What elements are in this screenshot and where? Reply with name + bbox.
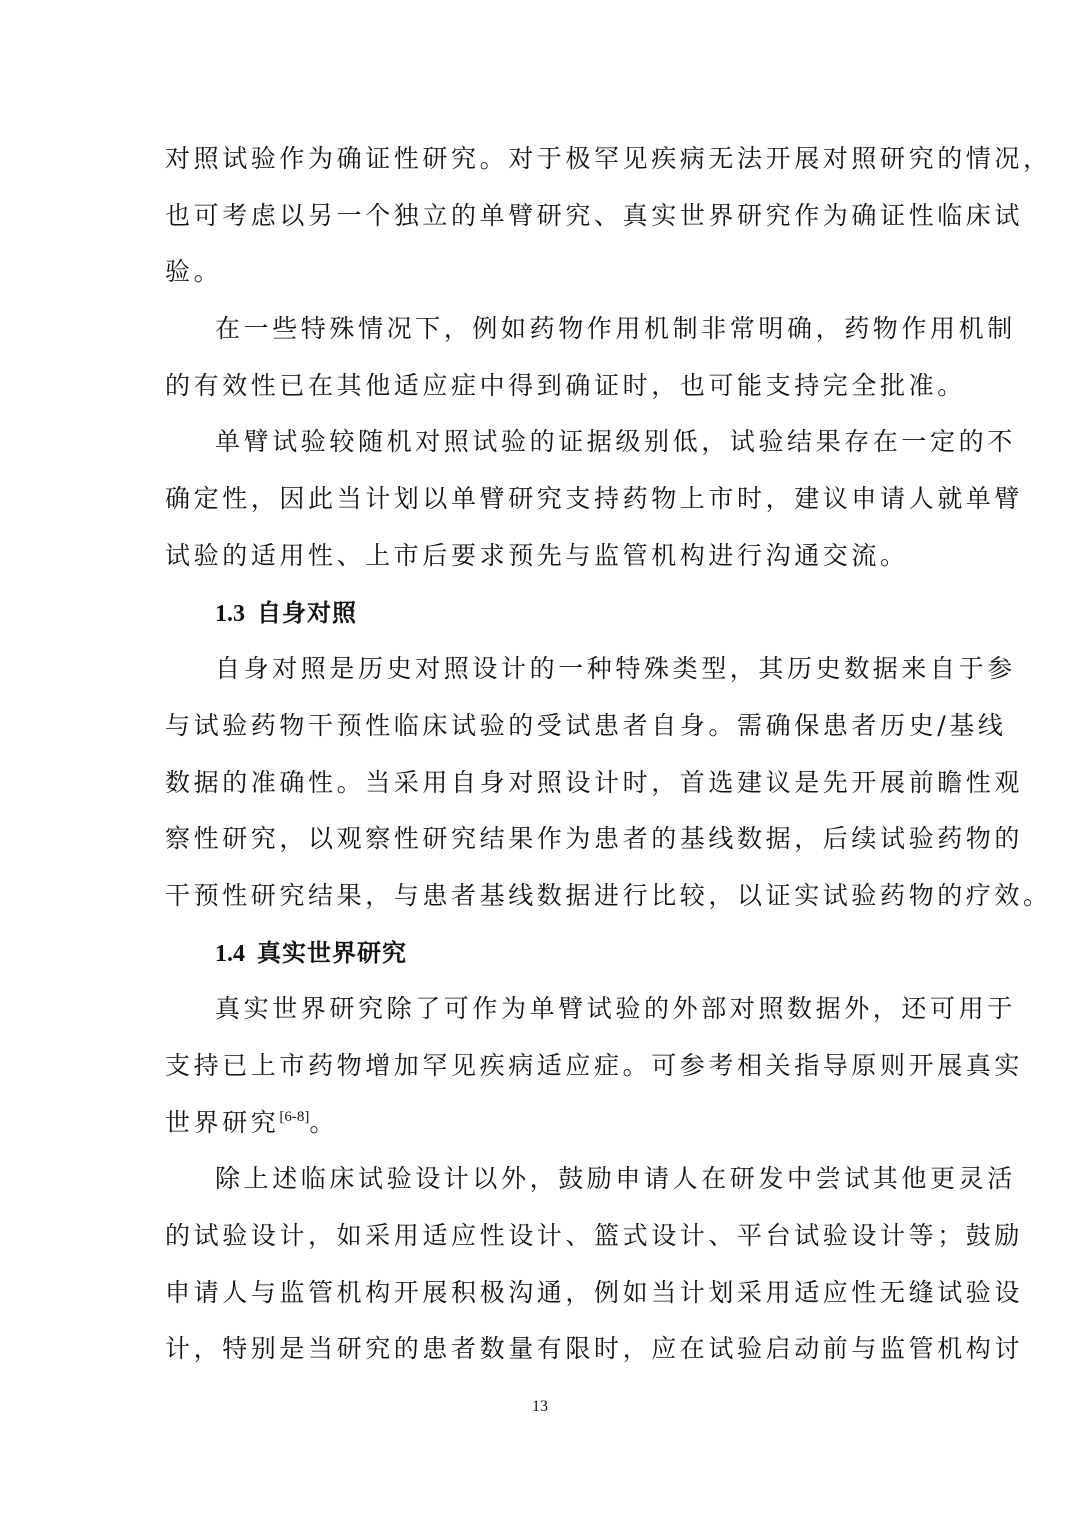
paragraph-line: 数据的准确性。当采用自身对照设计时，首选建议是先开展前瞻性观 [165,767,925,799]
paragraph-line: 申请人与监管机构开展积极沟通，例如当计划采用适应性无缝试验设 [165,1277,925,1309]
section-number: 1.3 [215,601,245,627]
paragraph-line-with-citation: 世界研究[6-8]。 [165,1107,925,1139]
paragraph-line: 也可考虑以另一个独立的单臂研究、真实世界研究作为确证性临床试 [165,200,925,232]
paragraph-line: 试验的适用性、上市后要求预先与监管机构进行沟通交流。 [165,540,925,572]
section-title: 自身对照 [257,598,357,627]
section-heading-1-3: 1.3自身对照 [215,597,357,629]
paragraph-line: 除上述临床试验设计以外，鼓励申请人在研发中尝试其他更灵活 [215,1163,925,1195]
paragraph-line: 的试验设计，如采用适应性设计、篮式设计、平台试验设计等；鼓励 [165,1220,925,1252]
page-number: 13 [0,1398,1080,1416]
paragraph-line: 的有效性已在其他适应症中得到确证时，也可能支持完全批准。 [165,370,925,402]
paragraph-line: 察性研究，以观察性研究结果作为患者的基线数据，后续试验药物的 [165,823,925,855]
paragraph-line: 确定性，因此当计划以单臂研究支持药物上市时，建议申请人就单臂 [165,483,925,515]
paragraph-line: 自身对照是历史对照设计的一种特殊类型，其历史数据来自于参 [215,653,925,685]
paragraph-line: 在一些特殊情况下，例如药物作用机制非常明确，药物作用机制 [215,313,925,345]
section-title: 真实世界研究 [257,938,407,967]
paragraph-line: 对照试验作为确证性研究。对于极罕见疾病无法开展对照研究的情况， [165,143,925,175]
paragraph-line: 计，特别是当研究的患者数量有限时，应在试验启动前与监管机构讨 [165,1333,925,1365]
paragraph-line: 真实世界研究除了可作为单臂试验的外部对照数据外，还可用于 [215,993,925,1025]
paragraph-punctuation: 。 [309,1108,338,1137]
paragraph-line: 支持已上市药物增加罕见疾病适应症。可参考相关指导原则开展真实 [165,1050,925,1082]
citation-reference: [6-8] [279,1109,309,1125]
section-heading-1-4: 1.4真实世界研究 [215,937,407,969]
paragraph-line: 与试验药物干预性临床试验的受试患者自身。需确保患者历史/基线 [165,710,925,742]
paragraph-line: 干预性研究结果，与患者基线数据进行比较，以证实试验药物的疗效。 [165,880,925,912]
paragraph-text: 世界研究 [165,1108,279,1137]
document-page: 对照试验作为确证性研究。对于极罕见疾病无法开展对照研究的情况， 也可考虑以另一个… [0,0,1080,1528]
section-number: 1.4 [215,941,245,967]
paragraph-line: 验。 [165,256,925,288]
paragraph-line: 单臂试验较随机对照试验的证据级别低，试验结果存在一定的不 [215,426,925,458]
